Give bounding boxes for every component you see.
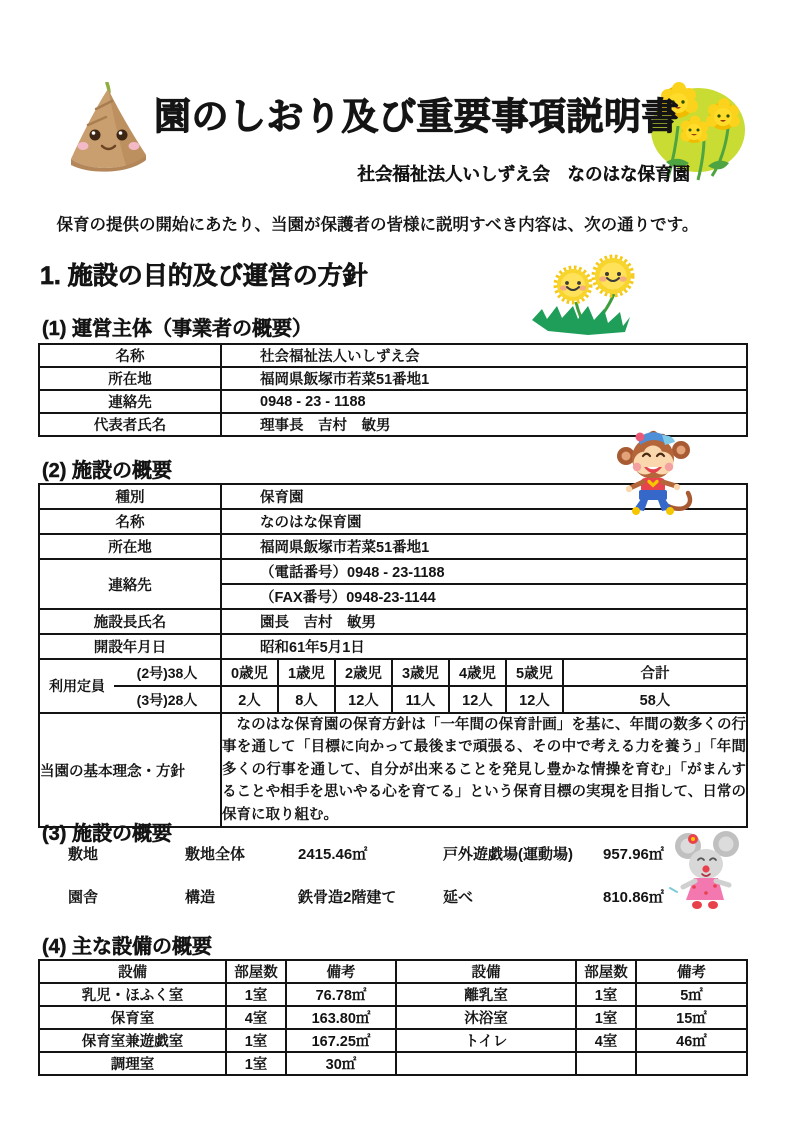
- document-page: 園のしおり及び重要事項説明書 社会福祉法人いしずえ会 なのはな保育園 保育の提供…: [0, 0, 794, 1122]
- site-cell: 810.86㎡: [603, 886, 748, 907]
- cell: 15㎡: [636, 1006, 747, 1029]
- age-value-cell: 58人: [563, 686, 747, 713]
- site-row: 園舎 構造 鉄骨造2階建て 延べ 810.86㎡: [40, 886, 748, 907]
- age-value-cell: 12人: [506, 686, 563, 713]
- site-cell: 957.96㎡: [603, 843, 748, 864]
- value-cell: 社会福祉法人いしずえ会: [221, 344, 747, 367]
- cell: 1室: [226, 1029, 286, 1052]
- cell: [576, 1052, 636, 1075]
- header-cell: 備考: [286, 960, 396, 983]
- cell: 1室: [226, 983, 286, 1006]
- cell: 163.80㎡: [286, 1006, 396, 1029]
- cell: 4室: [226, 1006, 286, 1029]
- site-cell: 園舎: [68, 886, 185, 907]
- page-title: 園のしおり及び重要事項説明書: [154, 86, 679, 140]
- table-row: 所在地 福岡県飯塚市若菜51番地1: [39, 367, 747, 390]
- age-header-cell: 合計: [563, 659, 747, 686]
- age-value-cell: 2人: [221, 686, 278, 713]
- equipment-header-row: 設備 部屋数 備考 設備 部屋数 備考: [39, 960, 747, 983]
- table-row: 保育室 4室 163.80㎡ 沐浴室 1室 15㎡: [39, 1006, 747, 1029]
- subsection-3-heading: (3) 施設の概要: [42, 817, 172, 846]
- value-cell: 昭和61年5月1日: [221, 634, 747, 659]
- subsection-4-heading: (4) 主な設備の概要: [42, 930, 212, 959]
- cell: [636, 1052, 747, 1075]
- header-cell: 設備: [396, 960, 576, 983]
- cell: トイレ: [396, 1029, 576, 1052]
- cell: 保育室兼遊戯室: [39, 1029, 226, 1052]
- capacity-label: 利用定員: [40, 660, 114, 712]
- cell: 乳児・ほふく室: [39, 983, 226, 1006]
- site-cell: 敷地全体: [185, 843, 298, 864]
- cell: 保育室: [39, 1006, 226, 1029]
- header-cell: 部屋数: [576, 960, 636, 983]
- age-value-cell: 12人: [335, 686, 392, 713]
- subsection-1-heading: (1) 運営主体（事業者の概要）: [42, 312, 312, 341]
- site-cell: 鉄骨造2階建て: [298, 886, 443, 907]
- age-header-cell: 1歳児: [278, 659, 335, 686]
- table-row: 保育室兼遊戯室 1室 167.25㎡ トイレ 4室 46㎡: [39, 1029, 747, 1052]
- subsection-2-heading: (2) 施設の概要: [42, 454, 172, 483]
- policy-text-cell: なのはな保育園の保育方針は「一年間の保育計画」を基に、年間の数多くの行事を通して…: [221, 713, 747, 827]
- cell: 離乳室: [396, 983, 576, 1006]
- intro-text: 保育の提供の開始にあたり、当園が保護者の皆様に説明すべき内容は、次の通りです。: [40, 211, 698, 235]
- section-1-heading: 1. 施設の目的及び運営の方針: [40, 256, 368, 292]
- header-cell: 備考: [636, 960, 747, 983]
- value-cell: 福岡県飯塚市若菜51番地1: [221, 367, 747, 390]
- label-cell: 施設長氏名: [39, 609, 221, 634]
- age-header-cell: 5歳児: [506, 659, 563, 686]
- capacity-label-cell: 利用定員 (2号)38人 (3号)28人: [39, 659, 221, 713]
- label-cell: 連絡先: [39, 390, 221, 413]
- table-row: 所在地 福岡県飯塚市若菜51番地1: [39, 534, 747, 559]
- site-cell: 2415.46㎡: [298, 843, 443, 864]
- value-cell: 福岡県飯塚市若菜51番地1: [221, 534, 747, 559]
- label-cell: 所在地: [39, 367, 221, 390]
- table-row: 開設年月日 昭和61年5月1日: [39, 634, 747, 659]
- site-cell: 敷地: [68, 843, 185, 864]
- label-cell: 種別: [39, 484, 221, 509]
- age-value-cell: 8人: [278, 686, 335, 713]
- table-row: 乳児・ほふく室 1室 76.78㎡ 離乳室 1室 5㎡: [39, 983, 747, 1006]
- table-row: 名称 社会福祉法人いしずえ会: [39, 344, 747, 367]
- age-value-cell: 11人: [392, 686, 449, 713]
- cell: 4室: [576, 1029, 636, 1052]
- cell: 1室: [576, 983, 636, 1006]
- cell: 沐浴室: [396, 1006, 576, 1029]
- cell: 167.25㎡: [286, 1029, 396, 1052]
- site-area-section: 敷地 敷地全体 2415.46㎡ 戸外遊戯場(運動場) 957.96㎡ 園舎 構…: [40, 843, 748, 907]
- value-cell: 0948 - 23 - 1188: [221, 390, 747, 413]
- age-header-cell: 2歳児: [335, 659, 392, 686]
- equipment-table: 設備 部屋数 備考 設備 部屋数 備考 乳児・ほふく室 1室 76.78㎡ 離乳…: [38, 959, 748, 1076]
- operator-table: 名称 社会福祉法人いしずえ会 所在地 福岡県飯塚市若菜51番地1 連絡先 094…: [38, 343, 748, 437]
- label-cell: 連絡先: [39, 559, 221, 609]
- site-cell: 戸外遊戯場(運動場): [443, 843, 603, 864]
- capacity-type3: (3号)28人: [114, 685, 220, 712]
- organization-line: 社会福祉法人いしずえ会 なのはな保育園: [0, 161, 690, 186]
- age-header-cell: 4歳児: [449, 659, 506, 686]
- age-value-cell: 12人: [449, 686, 506, 713]
- cell: 5㎡: [636, 983, 747, 1006]
- header-cell: 部屋数: [226, 960, 286, 983]
- site-row: 敷地 敷地全体 2415.46㎡ 戸外遊戯場(運動場) 957.96㎡: [40, 843, 748, 864]
- cell: 1室: [576, 1006, 636, 1029]
- cell: 1室: [226, 1052, 286, 1075]
- cell: 30㎡: [286, 1052, 396, 1075]
- value-cell: 園長 吉村 敏男: [221, 609, 747, 634]
- dandelion-flower-characters-icon: [526, 254, 652, 338]
- label-cell: 開設年月日: [39, 634, 221, 659]
- age-header-cell: 3歳児: [392, 659, 449, 686]
- policy-row: 当園の基本理念・方針 なのはな保育園の保育方針は「一年間の保育計画」を基に、年間…: [39, 713, 747, 827]
- site-cell: 延べ: [443, 886, 603, 907]
- cell: [396, 1052, 576, 1075]
- label-cell: 代表者氏名: [39, 413, 221, 436]
- table-row: 調理室 1室 30㎡: [39, 1052, 747, 1075]
- header-cell: 設備: [39, 960, 226, 983]
- capacity-header-row: 利用定員 (2号)38人 (3号)28人 0歳児 1歳児 2歳児 3歳児 4歳児…: [39, 659, 747, 686]
- table-row: 連絡先 0948 - 23 - 1188: [39, 390, 747, 413]
- capacity-type2: (2号)38人: [114, 660, 220, 685]
- label-cell: 名称: [39, 344, 221, 367]
- cell: 76.78㎡: [286, 983, 396, 1006]
- cell: 調理室: [39, 1052, 226, 1075]
- fax-cell: （FAX番号）0948-23-1144: [221, 584, 747, 609]
- table-row: 連絡先 （電話番号）0948 - 23-1188: [39, 559, 747, 584]
- facility-table: 種別 保育園 名称 なのはな保育園 所在地 福岡県飯塚市若菜51番地1 連絡先 …: [38, 483, 748, 828]
- site-cell: 構造: [185, 886, 298, 907]
- policy-label-cell: 当園の基本理念・方針: [39, 713, 221, 827]
- monkey-character-icon: [610, 426, 712, 516]
- table-row: 施設長氏名 園長 吉村 敏男: [39, 609, 747, 634]
- age-header-cell: 0歳児: [221, 659, 278, 686]
- cell: 46㎡: [636, 1029, 747, 1052]
- label-cell: 所在地: [39, 534, 221, 559]
- phone-cell: （電話番号）0948 - 23-1188: [221, 559, 747, 584]
- label-cell: 名称: [39, 509, 221, 534]
